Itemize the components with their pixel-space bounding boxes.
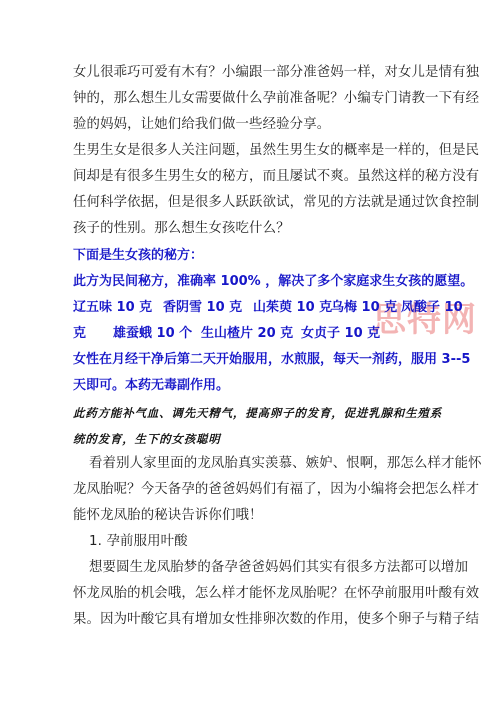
effect-line-2: 统的发育，生下的女孩聪明 [73, 431, 221, 447]
herb-item: 乌梅 10 克 [331, 300, 389, 316]
herb-item: 香阴雪 10 克 [163, 300, 231, 316]
recipe-heading: 下面是生女孩的秘方： [73, 248, 203, 264]
paragraph-3-line-3: 能怀龙凤胎的秘诀告诉你们哦！ [73, 508, 263, 524]
recipe-intro: 此方为民间秘方，准确率 100% ，解决了多个家庭求生女孩的愿望。 [73, 274, 473, 290]
paragraph-1-line-2: 钟的，那么想生儿女需要做什么孕前准备呢？小编专门请教一下有经 [73, 91, 479, 107]
herb-item: 雄蚕蛾 10 个 [113, 326, 189, 342]
paragraph-4-line-2: 怀龙凤胎的机会哦，怎么样才能怀龙凤胎呢？在怀孕前服用叶酸有效 [73, 586, 479, 602]
paragraph-3-line-1: 看着别人家里面的龙凤胎真实羡慕、嫉妒、恨啊，那怎么样才能怀 [89, 456, 482, 472]
herb-item: 女贞子 10 克 [301, 326, 380, 342]
herb-item: 生山楂片 20 克 [201, 326, 285, 342]
herb-item: 辽五味 10 克 [73, 300, 141, 316]
document-page: 思特网 女儿很乖巧可爱有木有？小编跟一部分准爸妈一样，对女儿是情有独 钟的，那么… [0, 0, 496, 702]
paragraph-4-line-3: 果。因为叶酸它具有增加女性排卵次数的作用，使多个卵子与精子结 [73, 612, 479, 628]
paragraph-2-line-3: 任何科学依据，但是很多人跃跃欲试，常见的方法就是通过饮食控制 [73, 195, 479, 211]
usage-line-1: 女性在月经干净后第二天开始服用，水煎服，每天一剂药，服用 3--5 [73, 352, 470, 368]
herb-item: 克 [73, 326, 87, 342]
paragraph-4-line-1: 想要圆生龙凤胎梦的备孕爸爸妈妈们其实有很多方法都可以增加 [89, 560, 468, 576]
herb-item: 凤酸子 10 [401, 300, 463, 316]
herbs-line-1: 辽五味 10 克香阴雪 10 克山茱萸 10 克乌梅 10 克凤酸子 10 [73, 300, 463, 316]
section-1-title: 1. 孕前服用叶酸 [89, 534, 188, 550]
paragraph-1-line-1: 女儿很乖巧可爱有木有？小编跟一部分准爸妈一样，对女儿是情有独 [73, 65, 479, 81]
herb-item: 山茱萸 10 克 [253, 300, 321, 316]
usage-line-2: 天即可。本药无毒副作用。 [73, 378, 229, 394]
paragraph-2-line-4: 孩子的性别。那么想生女孩吃什么？ [73, 221, 290, 237]
herbs-line-2: 克雄蚕蛾 10 个生山楂片 20 克女贞子 10 克 [73, 326, 380, 342]
paragraph-2-line-2: 间却是有很多生男生女的秘方，而且屡试不爽。虽然这样的秘方没有 [73, 169, 479, 185]
paragraph-2-line-1: 生男生女是很多人关注问题，虽然生男生女的概率是一样的，但是民 [73, 143, 479, 159]
paragraph-1-line-3: 验的妈妈，让她们给我们做一些经验分享。 [73, 117, 330, 133]
effect-line-1: 此药方能补气血、调先天精气，提高卵子的发育，促进乳腺和生殖系 [73, 405, 442, 421]
paragraph-3-line-2: 龙凤胎呢？今天备孕的爸爸妈妈们有福了，因为小编将会把怎么样才 [73, 482, 479, 498]
